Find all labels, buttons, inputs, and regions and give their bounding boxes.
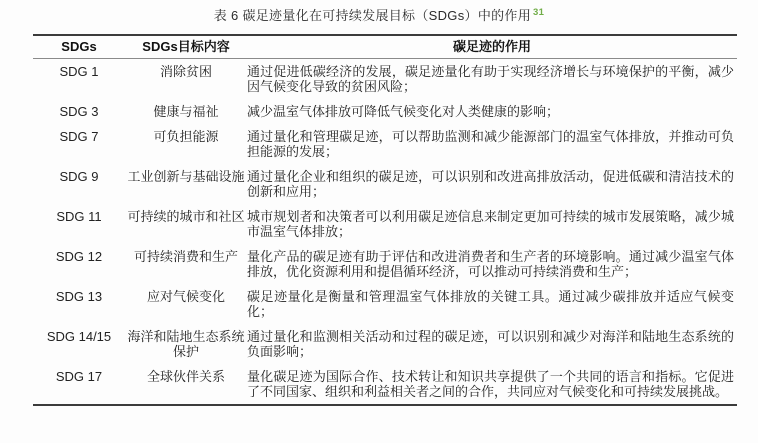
- citation-superscript: 31: [533, 7, 544, 18]
- table-caption-text: 表 6 碳足迹量化在可持续发展目标（SDGs）中的作用: [214, 8, 531, 23]
- cell-goal: 健康与福祉: [125, 99, 247, 124]
- cell-sdg: SDG 12: [33, 244, 125, 284]
- cell-goal: 可持续的城市和社区: [125, 204, 247, 244]
- col-header-role: 碳足迹的作用: [247, 35, 737, 59]
- cell-role: 量化产品的碳足迹有助于评估和改进消费者和生产者的环境影响。通过减少温室气体排放，…: [247, 244, 737, 284]
- cell-sdg: SDG 17: [33, 364, 125, 405]
- cell-role: 通过量化和监测相关活动和过程的碳足迹，可以识别和减少对海洋和陆地生态系统的负面影…: [247, 324, 737, 364]
- table-row: SDG 11 可持续的城市和社区 城市规划者和决策者可以利用碳足迹信息来制定更加…: [33, 204, 737, 244]
- cell-sdg: SDG 9: [33, 164, 125, 204]
- cell-sdg: SDG 7: [33, 124, 125, 164]
- cell-sdg: SDG 14/15: [33, 324, 125, 364]
- table-row: SDG 14/15 海洋和陆地生态系统保护 通过量化和监测相关活动和过程的碳足迹…: [33, 324, 737, 364]
- table-row: SDG 7 可负担能源 通过量化和管理碳足迹，可以帮助监测和减少能源部门的温室气…: [33, 124, 737, 164]
- cell-role: 碳足迹量化是衡量和管理温室气体排放的关键工具。通过减少碳排放并适应气候变化；: [247, 284, 737, 324]
- table-row: SDG 1 消除贫困 通过促进低碳经济的发展，碳足迹量化有助于实现经济增长与环境…: [33, 59, 737, 100]
- cell-goal: 应对气候变化: [125, 284, 247, 324]
- cell-role: 减少温室气体排放可降低气候变化对人类健康的影响；: [247, 99, 737, 124]
- cell-role: 通过量化和管理碳足迹，可以帮助监测和减少能源部门的温室气体排放，并推动可负担能源…: [247, 124, 737, 164]
- cell-goal: 海洋和陆地生态系统保护: [125, 324, 247, 364]
- sdg-roles-table: SDGs SDGs目标内容 碳足迹的作用 SDG 1 消除贫困 通过促进低碳经济…: [33, 34, 737, 406]
- cell-goal: 全球伙伴关系: [125, 364, 247, 405]
- table-row: SDG 13 应对气候变化 碳足迹量化是衡量和管理温室气体排放的关键工具。通过减…: [33, 284, 737, 324]
- table-row: SDG 17 全球伙伴关系 量化碳足迹为国际合作、技术转让和知识共享提供了一个共…: [33, 364, 737, 405]
- table-row: SDG 3 健康与福祉 减少温室气体排放可降低气候变化对人类健康的影响；: [33, 99, 737, 124]
- cell-sdg: SDG 1: [33, 59, 125, 100]
- cell-role: 城市规划者和决策者可以利用碳足迹信息来制定更加可持续的城市发展策略，减少城市温室…: [247, 204, 737, 244]
- col-header-goal: SDGs目标内容: [125, 35, 247, 59]
- paper-page: 表 6 碳足迹量化在可持续发展目标（SDGs）中的作用31 SDGs SDGs目…: [0, 0, 758, 443]
- table-row: SDG 9 工业创新与基础设施 通过量化企业和组织的碳足迹，可以识别和改进高排放…: [33, 164, 737, 204]
- table-row: SDG 12 可持续消费和生产 量化产品的碳足迹有助于评估和改进消费者和生产者的…: [33, 244, 737, 284]
- cell-goal: 可负担能源: [125, 124, 247, 164]
- cell-sdg: SDG 11: [33, 204, 125, 244]
- cell-role: 量化碳足迹为国际合作、技术转让和知识共享提供了一个共同的语言和指标。它促进了不同…: [247, 364, 737, 405]
- cell-goal: 消除贫困: [125, 59, 247, 100]
- cell-sdg: SDG 3: [33, 99, 125, 124]
- cell-role: 通过量化企业和组织的碳足迹，可以识别和改进高排放活动，促进低碳和清洁技术的创新和…: [247, 164, 737, 204]
- col-header-sdgs: SDGs: [33, 35, 125, 59]
- cell-goal: 可持续消费和生产: [125, 244, 247, 284]
- cell-role: 通过促进低碳经济的发展，碳足迹量化有助于实现经济增长与环境保护的平衡，减少因气候…: [247, 59, 737, 100]
- cell-sdg: SDG 13: [33, 284, 125, 324]
- table-caption: 表 6 碳足迹量化在可持续发展目标（SDGs）中的作用31: [0, 5, 758, 23]
- table-header-row: SDGs SDGs目标内容 碳足迹的作用: [33, 35, 737, 59]
- cell-goal: 工业创新与基础设施: [125, 164, 247, 204]
